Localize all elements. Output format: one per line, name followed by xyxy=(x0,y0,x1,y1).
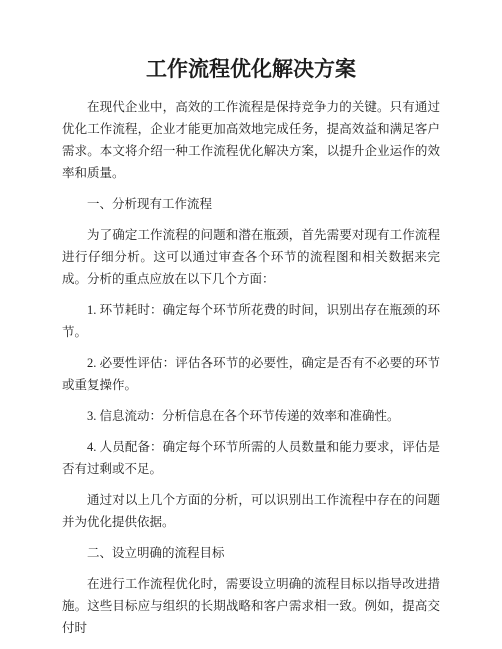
document-page: 工作流程优化解决方案 在现代企业中，高效的工作流程是保持竞争力的关键。只有通过优… xyxy=(0,0,502,649)
section-1-summary-paragraph: 通过对以上几个方面的分析，可以识别出工作流程中存在的问题并为优化提供依据。 xyxy=(62,489,440,533)
document-title: 工作流程优化解决方案 xyxy=(62,57,440,81)
list-item-2: 2. 必要性评估：评估各环节的必要性，确定是否有不必要的环节或重复操作。 xyxy=(62,352,440,396)
section-heading-1: 一、分析现有工作流程 xyxy=(62,193,440,215)
intro-paragraph: 在现代企业中，高效的工作流程是保持竞争力的关键。只有通过优化工作流程，企业才能更… xyxy=(62,96,440,184)
list-item-3: 3. 信息流动：分析信息在各个环节传递的效率和准确性。 xyxy=(62,405,440,427)
list-item-1: 1. 环节耗时：确定每个环节所花费的时间，识别出存在瓶颈的环节。 xyxy=(62,299,440,343)
section-2-paragraph-truncated: 在进行工作流程优化时，需要设立明确的流程目标以指导改进措施。这些目标应与组织的长… xyxy=(62,573,440,639)
section-heading-2: 二、设立明确的流程目标 xyxy=(62,542,440,564)
section-1-paragraph: 为了确定工作流程的问题和潜在瓶颈，首先需要对现有工作流程进行仔细分析。这可以通过… xyxy=(62,224,440,290)
list-item-4: 4. 人员配备：确定每个环节所需的人员数量和能力要求，评估是否有过剩或不足。 xyxy=(62,436,440,480)
